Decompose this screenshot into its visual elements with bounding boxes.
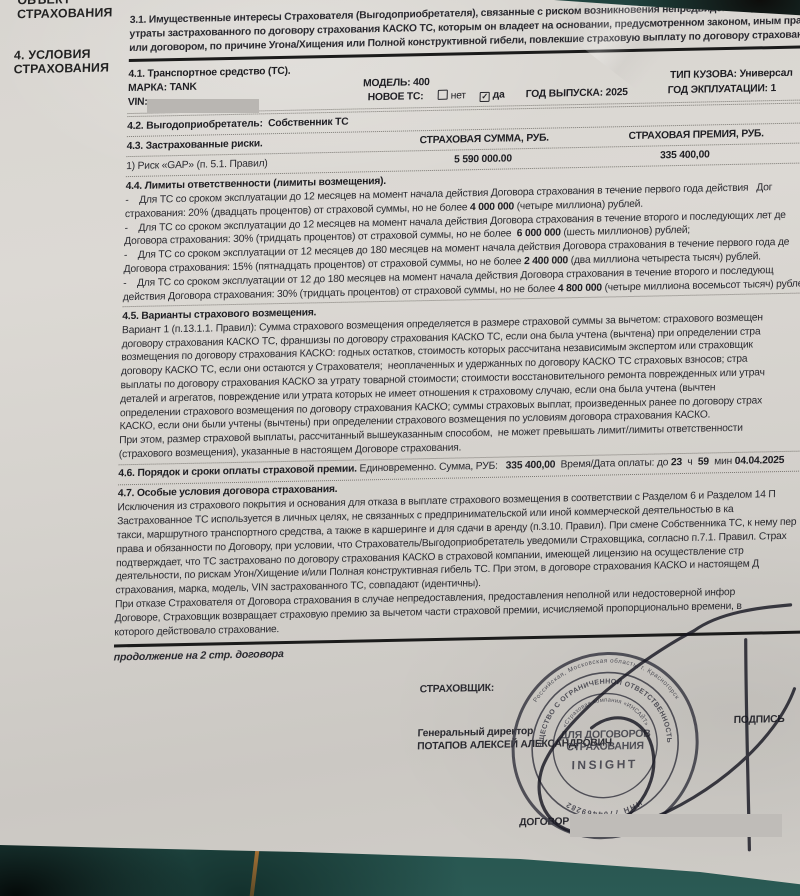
new-ts-yes-option: ✓да xyxy=(479,89,504,103)
emphasis-text: 4.2. Выгодоприобретатель: xyxy=(127,118,263,132)
exploitation-field: ГОД ЭКПЛУАТАЦИИ: 1 xyxy=(667,82,776,98)
emphasis-text: 04.04.2025 xyxy=(735,455,785,467)
premium-value: 335 400,00 xyxy=(660,148,710,163)
emphasis-text: 4.6. Порядок и сроки оплаты страховой пр… xyxy=(118,464,357,480)
emphasis-text: 59 xyxy=(698,457,709,468)
premium-column-header: СТРАХОВАЯ ПРЕМИЯ, РУБ. xyxy=(628,127,764,144)
plain-text: (четыре миллиона восемьсот тысяч) рублей xyxy=(602,278,800,293)
plain-text: (четыре миллиона) рублей. xyxy=(514,199,643,213)
emphasis-text: Собственник ТС xyxy=(268,117,349,130)
emphasis-text: 4 000 000 xyxy=(470,201,514,213)
sidebar-section-object: ОБЪЕКТСТРАХОВАНИЯ xyxy=(17,0,113,21)
risk-gap-label: 1) Риск «GAP» (п. 5.1. Правил) xyxy=(126,157,268,174)
plain-text: мин xyxy=(709,456,735,468)
emphasis-text: 2 400 000 xyxy=(524,255,568,267)
clause-4-3-heading: 4.3. Застрахованные риски. xyxy=(126,137,262,154)
plain-text: Время/Дата оплаты: до xyxy=(555,458,671,471)
marka-field: МАРКА: TANK xyxy=(128,81,197,96)
text-line: СТРАХОВАНИЯ xyxy=(17,6,113,21)
document-paper: ОБЪЕКТСТРАХОВАНИЯ 4. УСЛОВИЯСТРАХОВАНИЯ … xyxy=(0,0,800,896)
vin-redaction-box xyxy=(147,99,259,113)
plain-text: Единовременно. Сумма, РУБ: xyxy=(357,461,506,475)
plain-text: ч xyxy=(682,457,698,468)
new-ts-yes-label: да xyxy=(493,90,505,101)
sum-column-header: СТРАХОВАЯ СУММА, РУБ. xyxy=(419,132,549,148)
checkbox-checked-icon: ✓ xyxy=(480,92,490,102)
signature-stroke xyxy=(641,689,794,823)
contract-number-redaction-box xyxy=(570,814,782,837)
emphasis-text: 6 000 000 xyxy=(517,228,561,240)
clause-4-4-limits: - Для ТС со сроком эксплуатации до 12 ме… xyxy=(123,180,800,304)
clause-4-2: 4.2. Выгодоприобретатель: Собственник ТС xyxy=(127,116,349,134)
clause-4-7-conditions: Исключения из страхового покрытия и осно… xyxy=(115,488,800,599)
signature-stroke xyxy=(538,631,694,834)
body-type-field: ТИП КУЗОВА: Универсал xyxy=(670,67,793,83)
sidebar-section-conditions: 4. УСЛОВИЯСТРАХОВАНИЯ xyxy=(14,47,110,76)
new-ts-no-label: нет xyxy=(451,91,466,102)
year-field: ГОД ВЫПУСКА: 2025 xyxy=(525,87,627,103)
sum-value: 5 590 000.00 xyxy=(454,152,512,167)
photo-scene: ОБЪЕКТСТРАХОВАНИЯ 4. УСЛОВИЯСТРАХОВАНИЯ … xyxy=(0,0,800,896)
emphasis-text: 335 400,00 xyxy=(506,460,556,472)
new-ts-no-option: нет xyxy=(437,90,466,104)
new-ts-label: НОВОЕ ТС: xyxy=(368,91,424,106)
emphasis-text: 23 xyxy=(671,457,682,468)
emphasis-text: 4 800 000 xyxy=(558,282,602,294)
clause-4-5-variant: Вариант 1 (п.13.1.1. Правил): Сумма стра… xyxy=(119,310,800,434)
model-field: МОДЕЛЬ: 400 xyxy=(363,76,430,91)
insurer-label: СТРАХОВЩИК: xyxy=(419,682,494,697)
signature-stroke xyxy=(694,605,791,631)
vin-field: VIN: xyxy=(128,96,148,110)
checkbox-unchecked-icon xyxy=(438,90,448,100)
plain-text: (шесть миллионов) рублей; xyxy=(561,225,691,239)
text-line: СТРАХОВАНИЯ xyxy=(14,61,110,76)
